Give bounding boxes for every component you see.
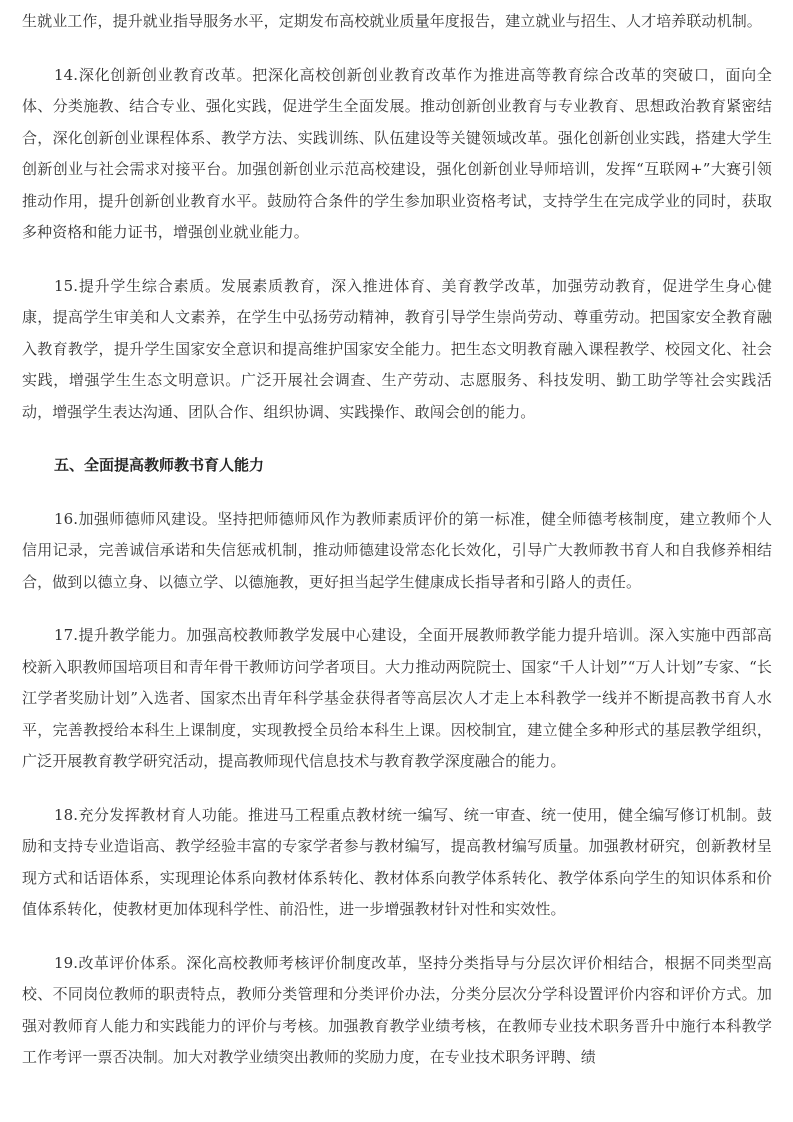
document-page: 生就业工作，提升就业指导服务水平，定期发布高校就业质量年度报告，建立就业与招生、… bbox=[22, 6, 772, 1074]
paragraph-18: 18.充分发挥教材育人功能。推进马工程重点教材统一编写、统一审查、统一使用，健全… bbox=[22, 800, 772, 926]
paragraph-17: 17.提升教学能力。加强高校教师教学发展中心建设，全面开展教师教学能力提升培训。… bbox=[22, 620, 772, 778]
paragraph-19: 19.改革评价体系。深化高校教师考核评价制度改革，坚持分类指导与分层次评价相结合… bbox=[22, 948, 772, 1074]
paragraph-13-continuation: 生就业工作，提升就业指导服务水平，定期发布高校就业质量年度报告，建立就业与招生、… bbox=[22, 6, 772, 38]
section-heading-5: 五、全面提高教师教书育人能力 bbox=[22, 450, 772, 482]
paragraph-14: 14.深化创新创业教育改革。把深化高校创新创业教育改革作为推进高等教育综合改革的… bbox=[22, 60, 772, 249]
paragraph-16: 16.加强师德师风建设。坚持把师德师风作为教师素质评价的第一标准，健全师德考核制… bbox=[22, 504, 772, 599]
paragraph-15: 15.提升学生综合素质。发展素质教育，深入推进体育、美育教学改革，加强劳动教育，… bbox=[22, 271, 772, 429]
